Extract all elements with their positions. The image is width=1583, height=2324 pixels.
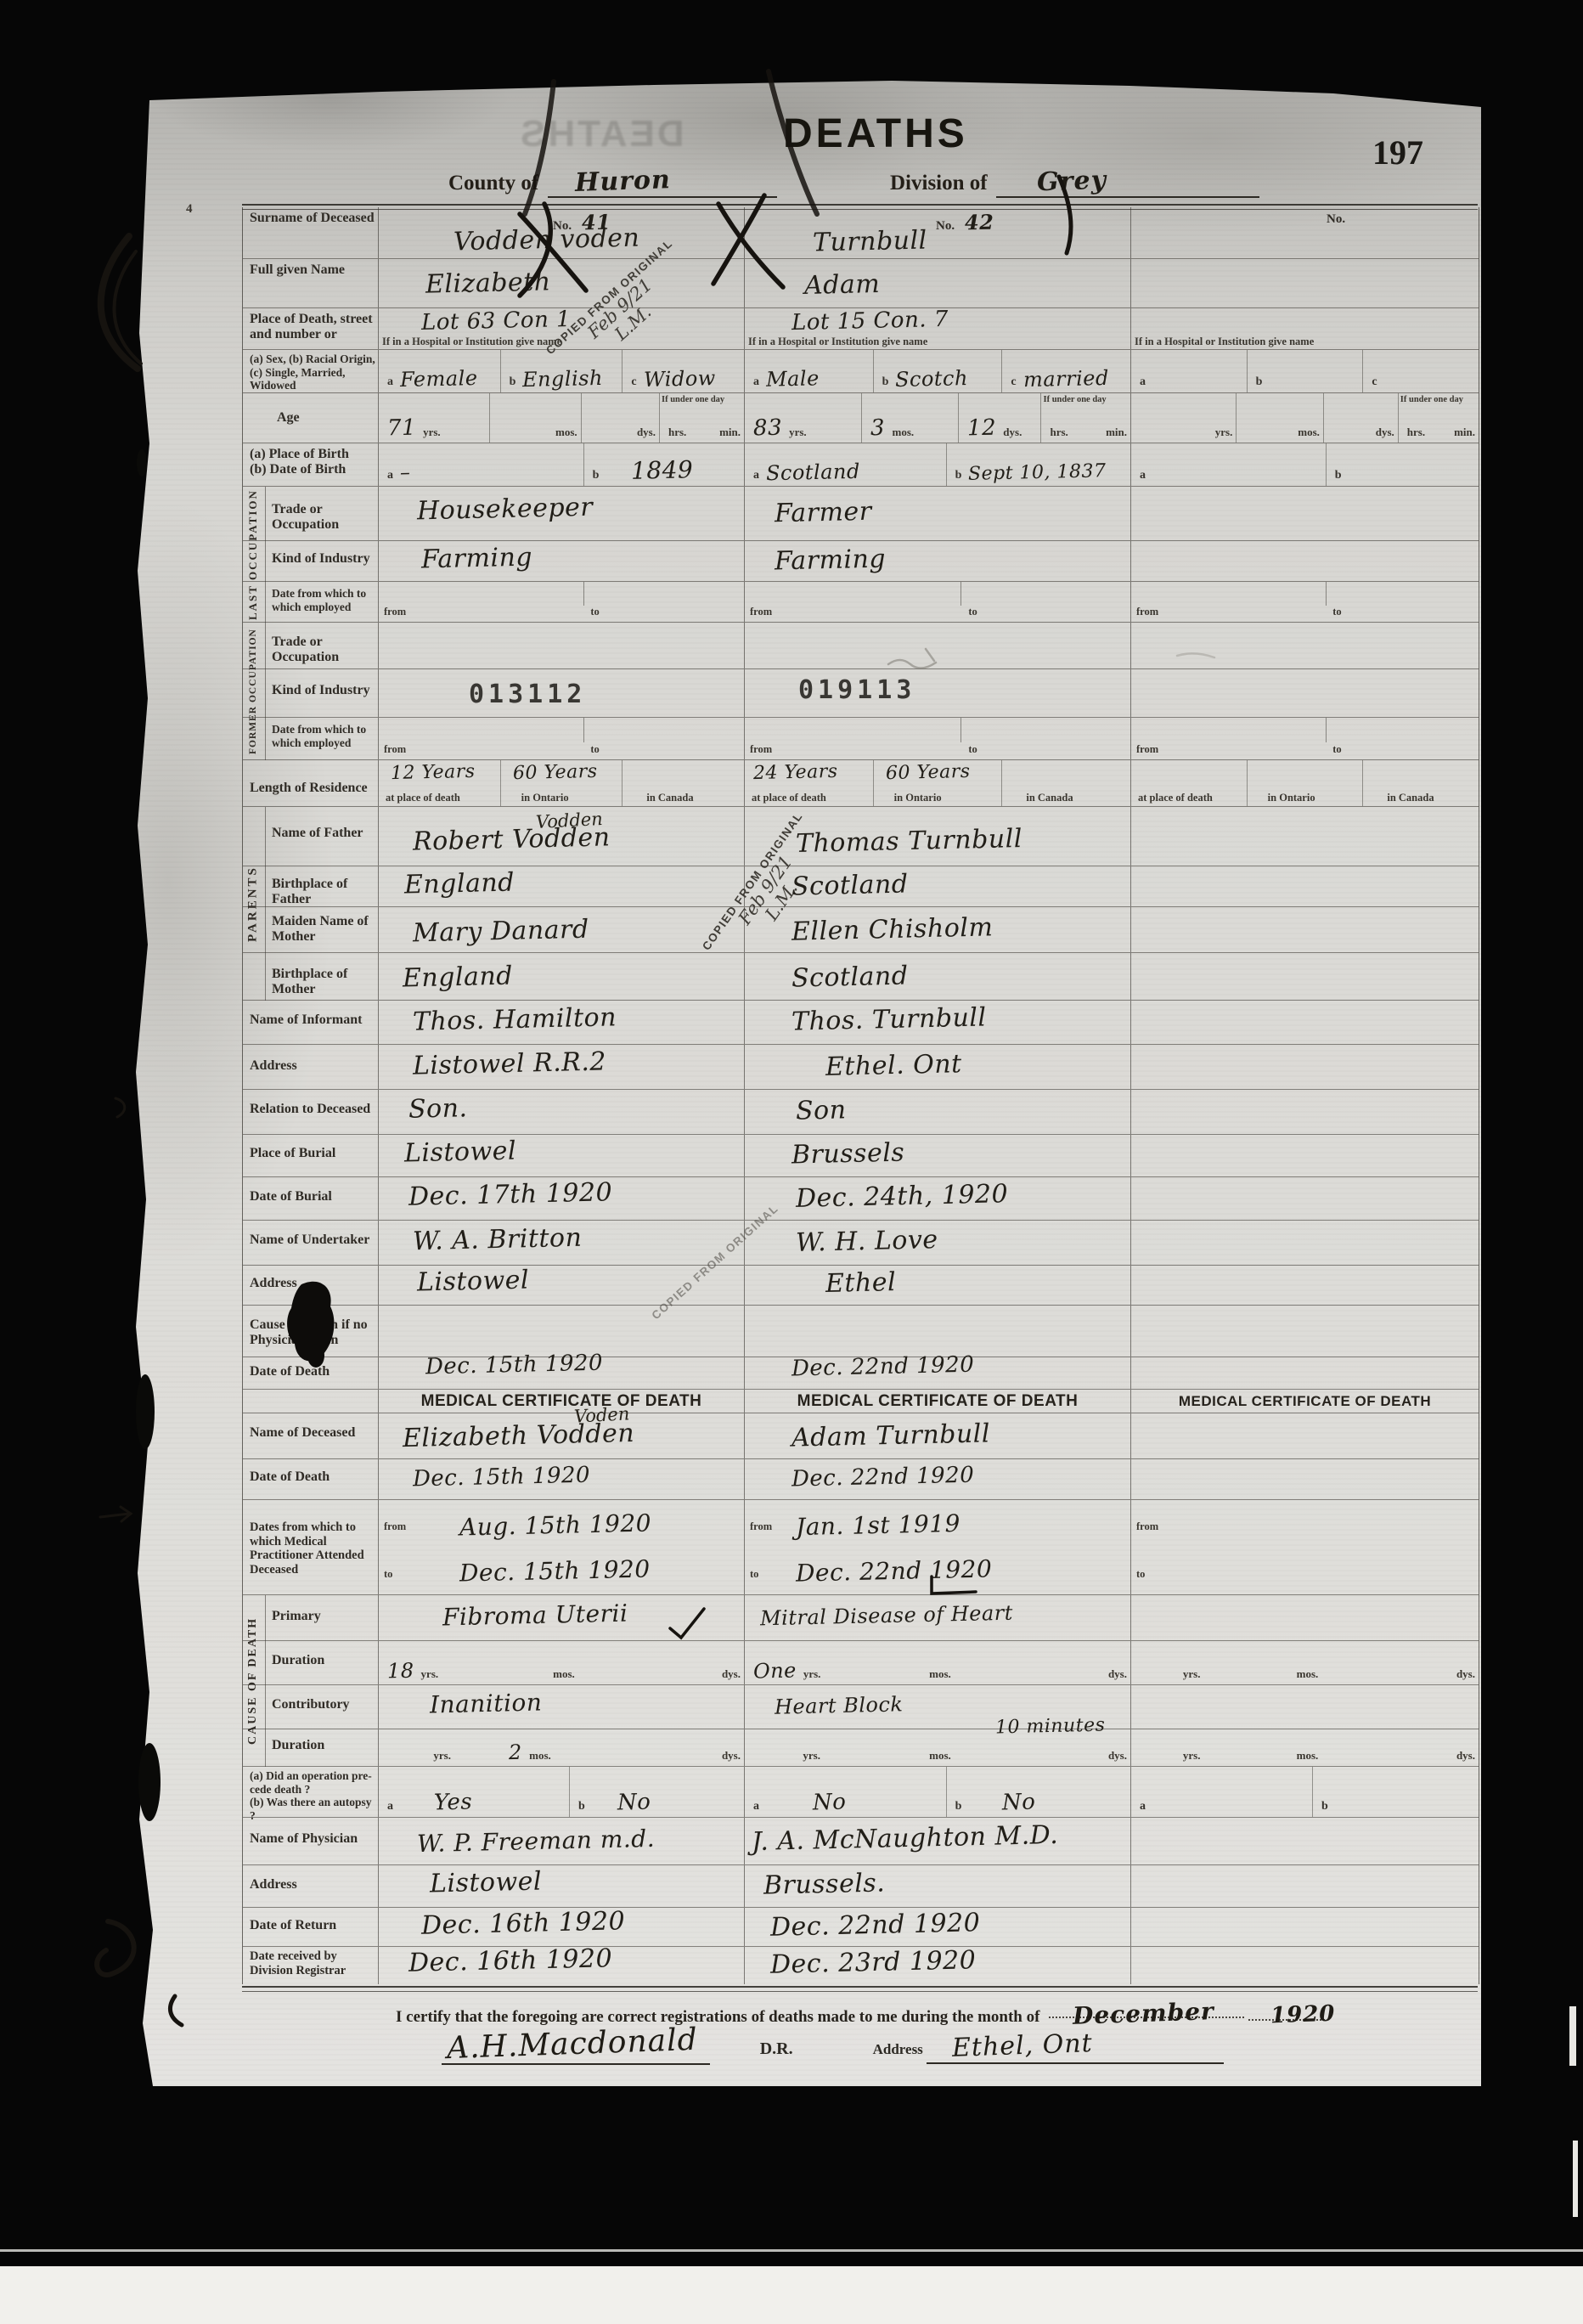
- row-label: Name of Father: [272, 826, 363, 840]
- table-row: Name of Informant Thos. Hamilton Thos. T…: [243, 1001, 1479, 1045]
- row-label: Place of Burial: [250, 1146, 335, 1160]
- row-label: (a) Place of Birth: [250, 447, 349, 461]
- handwritten-entry: Farming: [775, 547, 887, 575]
- handwritten-entry: Thos. Hamilton: [413, 1005, 617, 1035]
- margin-mark: 4: [186, 202, 193, 217]
- division-value: Grey: [1036, 166, 1107, 198]
- row-label: Date of Burial: [250, 1189, 332, 1204]
- handwritten-entry: Scotland: [791, 963, 909, 991]
- serial-stamp: 019113: [798, 675, 915, 705]
- under-one-day-note: If under one day: [662, 395, 724, 404]
- handwritten-entry: Ethel. Ont: [825, 1052, 962, 1080]
- address-label: Address: [873, 2041, 923, 2057]
- handwritten-entry: Lot 15 Con. 7: [791, 308, 949, 334]
- handwritten-entry: Sept 10, 1837: [968, 462, 1107, 484]
- row-label: Duration: [272, 1653, 324, 1667]
- division-line: Division of Grey: [890, 166, 1259, 198]
- handwritten-entry: Adam Turnbull: [791, 1421, 991, 1451]
- handwritten-entry: No: [1002, 1791, 1036, 1814]
- row-label: Maiden Name of Mother: [272, 914, 369, 944]
- medcert-title: MEDICAL CERTIFICATE OF DEATH: [745, 1390, 1130, 1413]
- handwritten-entry: Farming: [421, 545, 533, 573]
- county-value: Huron: [574, 165, 671, 198]
- handwritten-entry: Dec. 16th 1920: [408, 1946, 613, 1976]
- handwritten-entry: W. A. Britton: [413, 1226, 583, 1255]
- page-number: 197: [1372, 133, 1423, 172]
- table-row: Birthplace of Mother England Scotland: [243, 953, 1479, 1001]
- scanned-death-register-page: DEATHS DEATHS 197 4 County of Huron Divi…: [0, 0, 1583, 2324]
- section-divider: [265, 807, 266, 1001]
- handwritten-entry: W. H. Love: [796, 1227, 938, 1256]
- handwritten-entry: Aug. 15th 1920: [459, 1511, 652, 1539]
- handwritten-entry: Female: [400, 368, 478, 390]
- row-label: Kind of Industry: [272, 551, 370, 566]
- table-row: Date of Burial Dec. 17th 1920 Dec. 24th,…: [243, 1177, 1479, 1221]
- handwritten-entry: married: [1022, 368, 1108, 390]
- table-row: Name of Deceased Voden Elizabeth Vodden …: [243, 1413, 1479, 1459]
- section-label-parents: PARENTS: [243, 807, 263, 1001]
- handwritten-entry: Yes: [434, 1791, 473, 1814]
- handwritten-entry: Dec. 22nd 1920: [770, 1910, 981, 1941]
- handwritten-entry: Dec. 23rd 1920: [770, 1948, 977, 1977]
- handwritten-entry: Dec. 17th 1920: [408, 1180, 613, 1210]
- handwritten-entry: Thos. Turnbull: [791, 1005, 987, 1035]
- table-row: Address Listowel Brussels.: [243, 1865, 1479, 1908]
- handwritten-entry: 18: [387, 1661, 414, 1682]
- handwritten-entry: Dec. 22nd 1920: [791, 1464, 975, 1491]
- section-divider: [265, 623, 266, 760]
- margin-flourish: [97, 1921, 134, 1975]
- handwritten-entry: Listowel: [404, 1139, 517, 1167]
- scan-artifact-band: [0, 2266, 1583, 2324]
- serial-stamp: 013112: [469, 680, 586, 709]
- handwritten-entry: Heart Block: [775, 1694, 904, 1717]
- row-label: (a) Did an operation pre-cede death ?: [250, 1769, 372, 1796]
- row-label: Full given Name: [250, 262, 345, 277]
- handwritten-entry: Jan. 1st 1919: [796, 1512, 961, 1539]
- table-row: Relation to Deceased Son. Son: [243, 1090, 1479, 1135]
- handwritten-entry: Elizabeth Vodden: [403, 1421, 635, 1452]
- table-row: Place of Death, street and number or Lot…: [243, 308, 1479, 350]
- registrar-signature: A.H.Macdonald: [446, 2022, 698, 2066]
- handwritten-entry: Dec. 15th 1920: [459, 1557, 651, 1585]
- row-label: Surname of Deceased: [250, 211, 375, 225]
- handwritten-entry: Farmer: [775, 499, 872, 527]
- table-row: Length of Residence 12 Years at place of…: [243, 760, 1479, 807]
- table-row: Contributory Inanition Heart Block: [243, 1685, 1479, 1729]
- handwritten-entry: Male: [766, 368, 820, 389]
- table-row: Date from which to which employed from t…: [243, 582, 1479, 623]
- handwritten-entry: Listowel: [417, 1268, 530, 1296]
- handwritten-entry: Dec. 22nd 1920: [796, 1557, 993, 1585]
- table-row: Primary Fibroma Uterii Mitral Disease of…: [243, 1595, 1479, 1641]
- table-row: (a) Sex, (b) Racial Origin, (c) Single, …: [243, 350, 1479, 393]
- divider: [242, 1986, 1478, 1992]
- handwritten-entry: Ellen Chisholm: [791, 915, 994, 945]
- row-label: Age: [277, 410, 300, 425]
- row-label: Name of Physician: [250, 1831, 358, 1846]
- table-row: Dates from which to which Medical Practi…: [243, 1500, 1479, 1595]
- registrar-address: Ethel, Ont: [951, 2028, 1093, 2063]
- table-row: Duration yrs. 2mos. dys. yrs. mos. 10 mi…: [243, 1729, 1479, 1767]
- row-label: Kind of Industry: [272, 683, 370, 697]
- row-label: Primary: [272, 1609, 321, 1623]
- table-row: Date of Return Dec. 16th 1920 Dec. 22nd …: [243, 1908, 1479, 1947]
- county-label: County of: [448, 172, 538, 195]
- handwritten-entry: Dec. 15th 1920: [425, 1352, 604, 1379]
- table-row: Date of Death Dec. 15th 1920 Dec. 22nd 1…: [243, 1357, 1479, 1390]
- handwritten-entry: 12 Years: [391, 763, 476, 783]
- row-label: Birthplace of Father: [272, 877, 347, 906]
- table-row: Name of Father Vodden Robert Vodden Thom…: [243, 807, 1479, 866]
- handwritten-entry: 60 Years: [885, 763, 970, 783]
- handwritten-entry: England: [404, 871, 515, 899]
- no-label: No.: [936, 219, 955, 233]
- row-label: Address: [250, 1058, 297, 1073]
- registrar-signature-line: A.H.Macdonald D.R. Address Ethel, Ont: [442, 2027, 1224, 2065]
- under-one-day-note: If under one day: [1043, 395, 1106, 404]
- table-row: Birthplace of Father England Scotland: [243, 866, 1479, 907]
- row-label: Name of Deceased: [250, 1425, 355, 1440]
- handwritten-entry: Scotland: [766, 461, 860, 484]
- row-label: Birthplace of Mother: [272, 967, 347, 996]
- table-row: Trade or Occupation: [243, 623, 1479, 669]
- handwritten-entry: Listowel: [430, 1870, 543, 1898]
- row-label: Dates from which to which Medical Practi…: [250, 1520, 364, 1577]
- register-table: Surname of Deceased No. 41 Vodden voden …: [242, 207, 1479, 1984]
- certify-text: I certify that the foregoing are correct…: [396, 2008, 1039, 2026]
- handwritten-entry: Mitral Disease of Heart: [760, 1603, 1013, 1629]
- certify-year: 1920: [1270, 2001, 1335, 2029]
- handwritten-entry: 3: [870, 417, 886, 439]
- row-label: Relation to Deceased: [250, 1102, 370, 1116]
- handwritten-entry: 2: [509, 1742, 522, 1763]
- handwritten-entry: Dec. 22nd 1920: [791, 1354, 975, 1380]
- handwritten-entry: One: [753, 1660, 797, 1681]
- table-row: Address Listowel R.R.2 Ethel. Ont: [243, 1045, 1479, 1090]
- handwritten-entry: 24 Years: [753, 763, 838, 783]
- handwritten-entry: 12: [967, 417, 997, 440]
- section-label-last-occupation: LAST OCCUPATION: [243, 487, 263, 623]
- handwritten-entry: Turnbull: [813, 228, 927, 256]
- handwritten-entry: Housekeeper: [417, 495, 594, 525]
- table-row: (a) Did an operation pre-cede death ? (b…: [243, 1767, 1479, 1818]
- no-label: No.: [1327, 212, 1345, 227]
- handwritten-entry: Dec. 15th 1920: [413, 1464, 591, 1491]
- handwritten-entry: Brussels.: [763, 1870, 886, 1898]
- handwritten-entry: 83: [753, 417, 783, 440]
- handwritten-entry: Lot 63 Con 1: [421, 308, 572, 334]
- row-label: Length of Residence: [250, 781, 368, 795]
- handwritten-entry: Widow: [643, 368, 715, 390]
- table-row: Address Listowel Ethel: [243, 1266, 1479, 1306]
- handwritten-entry: Elizabeth: [425, 269, 551, 297]
- section-divider: [265, 487, 266, 623]
- medcert-title: MEDICAL CERTIFICATE OF DEATH: [379, 1390, 744, 1413]
- handwritten-entry: 10 minutes: [994, 1717, 1105, 1738]
- row-label: Place of Death, street and number or: [250, 312, 373, 341]
- table-row: Age 71yrs. mos. dys. If under one day hr…: [243, 393, 1479, 443]
- table-row: MEDICAL CERTIFICATE OF DEATH MEDICAL CER…: [243, 1390, 1479, 1413]
- row-label: Date of Death: [250, 1364, 330, 1379]
- table-row: Place of Burial Listowel Brussels: [243, 1135, 1479, 1177]
- dr-label: D.R.: [760, 2039, 793, 2058]
- row-label: Trade or Occupation: [272, 635, 339, 664]
- handwritten-entry: J. A. McNaughton M.D.: [752, 1823, 1059, 1855]
- handwritten-entry: Brussels: [791, 1140, 905, 1168]
- handwritten-entry: Mary Danard: [413, 917, 589, 947]
- table-row: Date received by Division Registrar Dec.…: [243, 1947, 1479, 1984]
- scan-artifact: [1573, 2141, 1578, 2217]
- handwritten-entry: 1849: [631, 458, 694, 483]
- under-one-day-note: If under one day: [1400, 395, 1463, 404]
- hospital-note: If in a Hospital or Institution give nam…: [748, 336, 927, 348]
- bleedthrough-title: DEATHS: [518, 113, 684, 155]
- row-label: Address: [250, 1276, 297, 1290]
- medcert-title: MEDICAL CERTIFICATE OF DEATH: [1131, 1390, 1479, 1413]
- margin-arrow: [100, 1507, 131, 1521]
- handwritten-entry: Fibroma Uterii: [442, 1602, 628, 1630]
- row-label: Duration: [272, 1738, 324, 1752]
- table-row: Full given Name Elizabeth Adam: [243, 259, 1479, 308]
- table-row: Date from which to which employed from t…: [243, 718, 1479, 760]
- row-label: Date from which to which employed: [272, 723, 366, 749]
- margin-mark: [115, 1098, 125, 1117]
- margin-flourish: [114, 251, 141, 364]
- handwritten-entry: Ethel: [825, 1270, 897, 1297]
- handwritten-entry: No: [617, 1791, 651, 1814]
- row-label: Date received by Division Registrar: [250, 1949, 346, 1977]
- torn-edge-mark: [137, 449, 147, 477]
- division-label: Division of: [890, 172, 988, 195]
- county-line: County of Huron: [448, 166, 777, 198]
- handwritten-entry: –: [400, 462, 411, 482]
- handwritten-entry: Vodden voden: [453, 226, 640, 256]
- row-label: (a) Sex, (b) Racial Origin, (c) Single, …: [250, 353, 375, 392]
- row-label: Trade or Occupation: [272, 502, 339, 532]
- handwritten-entry: Dec. 16th 1920: [421, 1909, 626, 1938]
- section-divider: [265, 1595, 266, 1767]
- handwritten-entry: Son: [796, 1097, 847, 1124]
- handwritten-entry: No: [813, 1791, 847, 1814]
- table-row: Cause of Death if no Physician atten: [243, 1306, 1479, 1357]
- row-label: Date of Death: [250, 1469, 330, 1484]
- row-label: Address: [250, 1877, 297, 1892]
- section-label-cause-of-death: CAUSE OF DEATH: [243, 1595, 263, 1767]
- scan-artifact-line: [0, 2249, 1583, 2252]
- scan-artifact: [1569, 2006, 1576, 2066]
- section-label-former-occupation: FORMER OCCUPATION: [243, 623, 263, 760]
- row-label: Name of Undertaker: [250, 1233, 369, 1247]
- certify-month: December: [1073, 1997, 1215, 2030]
- handwritten-entry: 60 Years: [512, 763, 597, 783]
- row-label: Date from which to which employed: [272, 587, 366, 613]
- hospital-note: If in a Hospital or Institution give nam…: [382, 336, 561, 348]
- table-row: Kind of Industry Farming Farming: [243, 541, 1479, 582]
- handwritten-entry: Robert Vodden: [413, 825, 611, 855]
- table-row: Trade or Occupation Housekeeper Farmer: [243, 487, 1479, 541]
- table-row: (a) Place of Birth (b) Date of Birth a– …: [243, 443, 1479, 487]
- handwritten-entry: Inanition: [430, 1691, 543, 1718]
- table-row: Name of Undertaker W. A. Britton W. H. L…: [243, 1221, 1479, 1266]
- record-number: 42: [965, 212, 994, 234]
- margin-flourish: [101, 236, 138, 369]
- row-label: (b) Date of Birth: [250, 462, 346, 477]
- handwritten-entry: Adam: [804, 272, 881, 299]
- table-row: Name of Physician W. P. Freeman m.d. J. …: [243, 1818, 1479, 1865]
- certification-line: I certify that the foregoing are correct…: [396, 2000, 1325, 2027]
- table-row: Maiden Name of Mother Mary Danard Ellen …: [243, 907, 1479, 953]
- row-label: Name of Informant: [250, 1013, 362, 1027]
- handwritten-entry: England: [403, 964, 514, 992]
- handwritten-entry: Scotch: [895, 368, 968, 390]
- handwritten-entry: W. P. Freeman m.d.: [417, 1827, 656, 1856]
- row-label: Cause of Death if no Physician atten: [250, 1317, 368, 1347]
- handwritten-entry: 71: [387, 417, 417, 440]
- handwritten-entry: Dec. 24th, 1920: [796, 1182, 1009, 1212]
- table-row: Date of Death Dec. 15th 1920 Dec. 22nd 1…: [243, 1459, 1479, 1500]
- table-row: Surname of Deceased No. 41 Vodden voden …: [243, 207, 1479, 259]
- hospital-note: If in a Hospital or Institution give nam…: [1135, 336, 1314, 348]
- table-row: Duration 18yrs. mos. dys. Oneyrs. mos. d…: [243, 1641, 1479, 1685]
- handwritten-entry: Son.: [408, 1096, 468, 1123]
- page-title: DEATHS: [783, 110, 968, 157]
- row-label: Contributory: [272, 1697, 350, 1712]
- handwritten-entry: Listowel R.R.2: [413, 1049, 607, 1079]
- row-label: Date of Return: [250, 1918, 336, 1932]
